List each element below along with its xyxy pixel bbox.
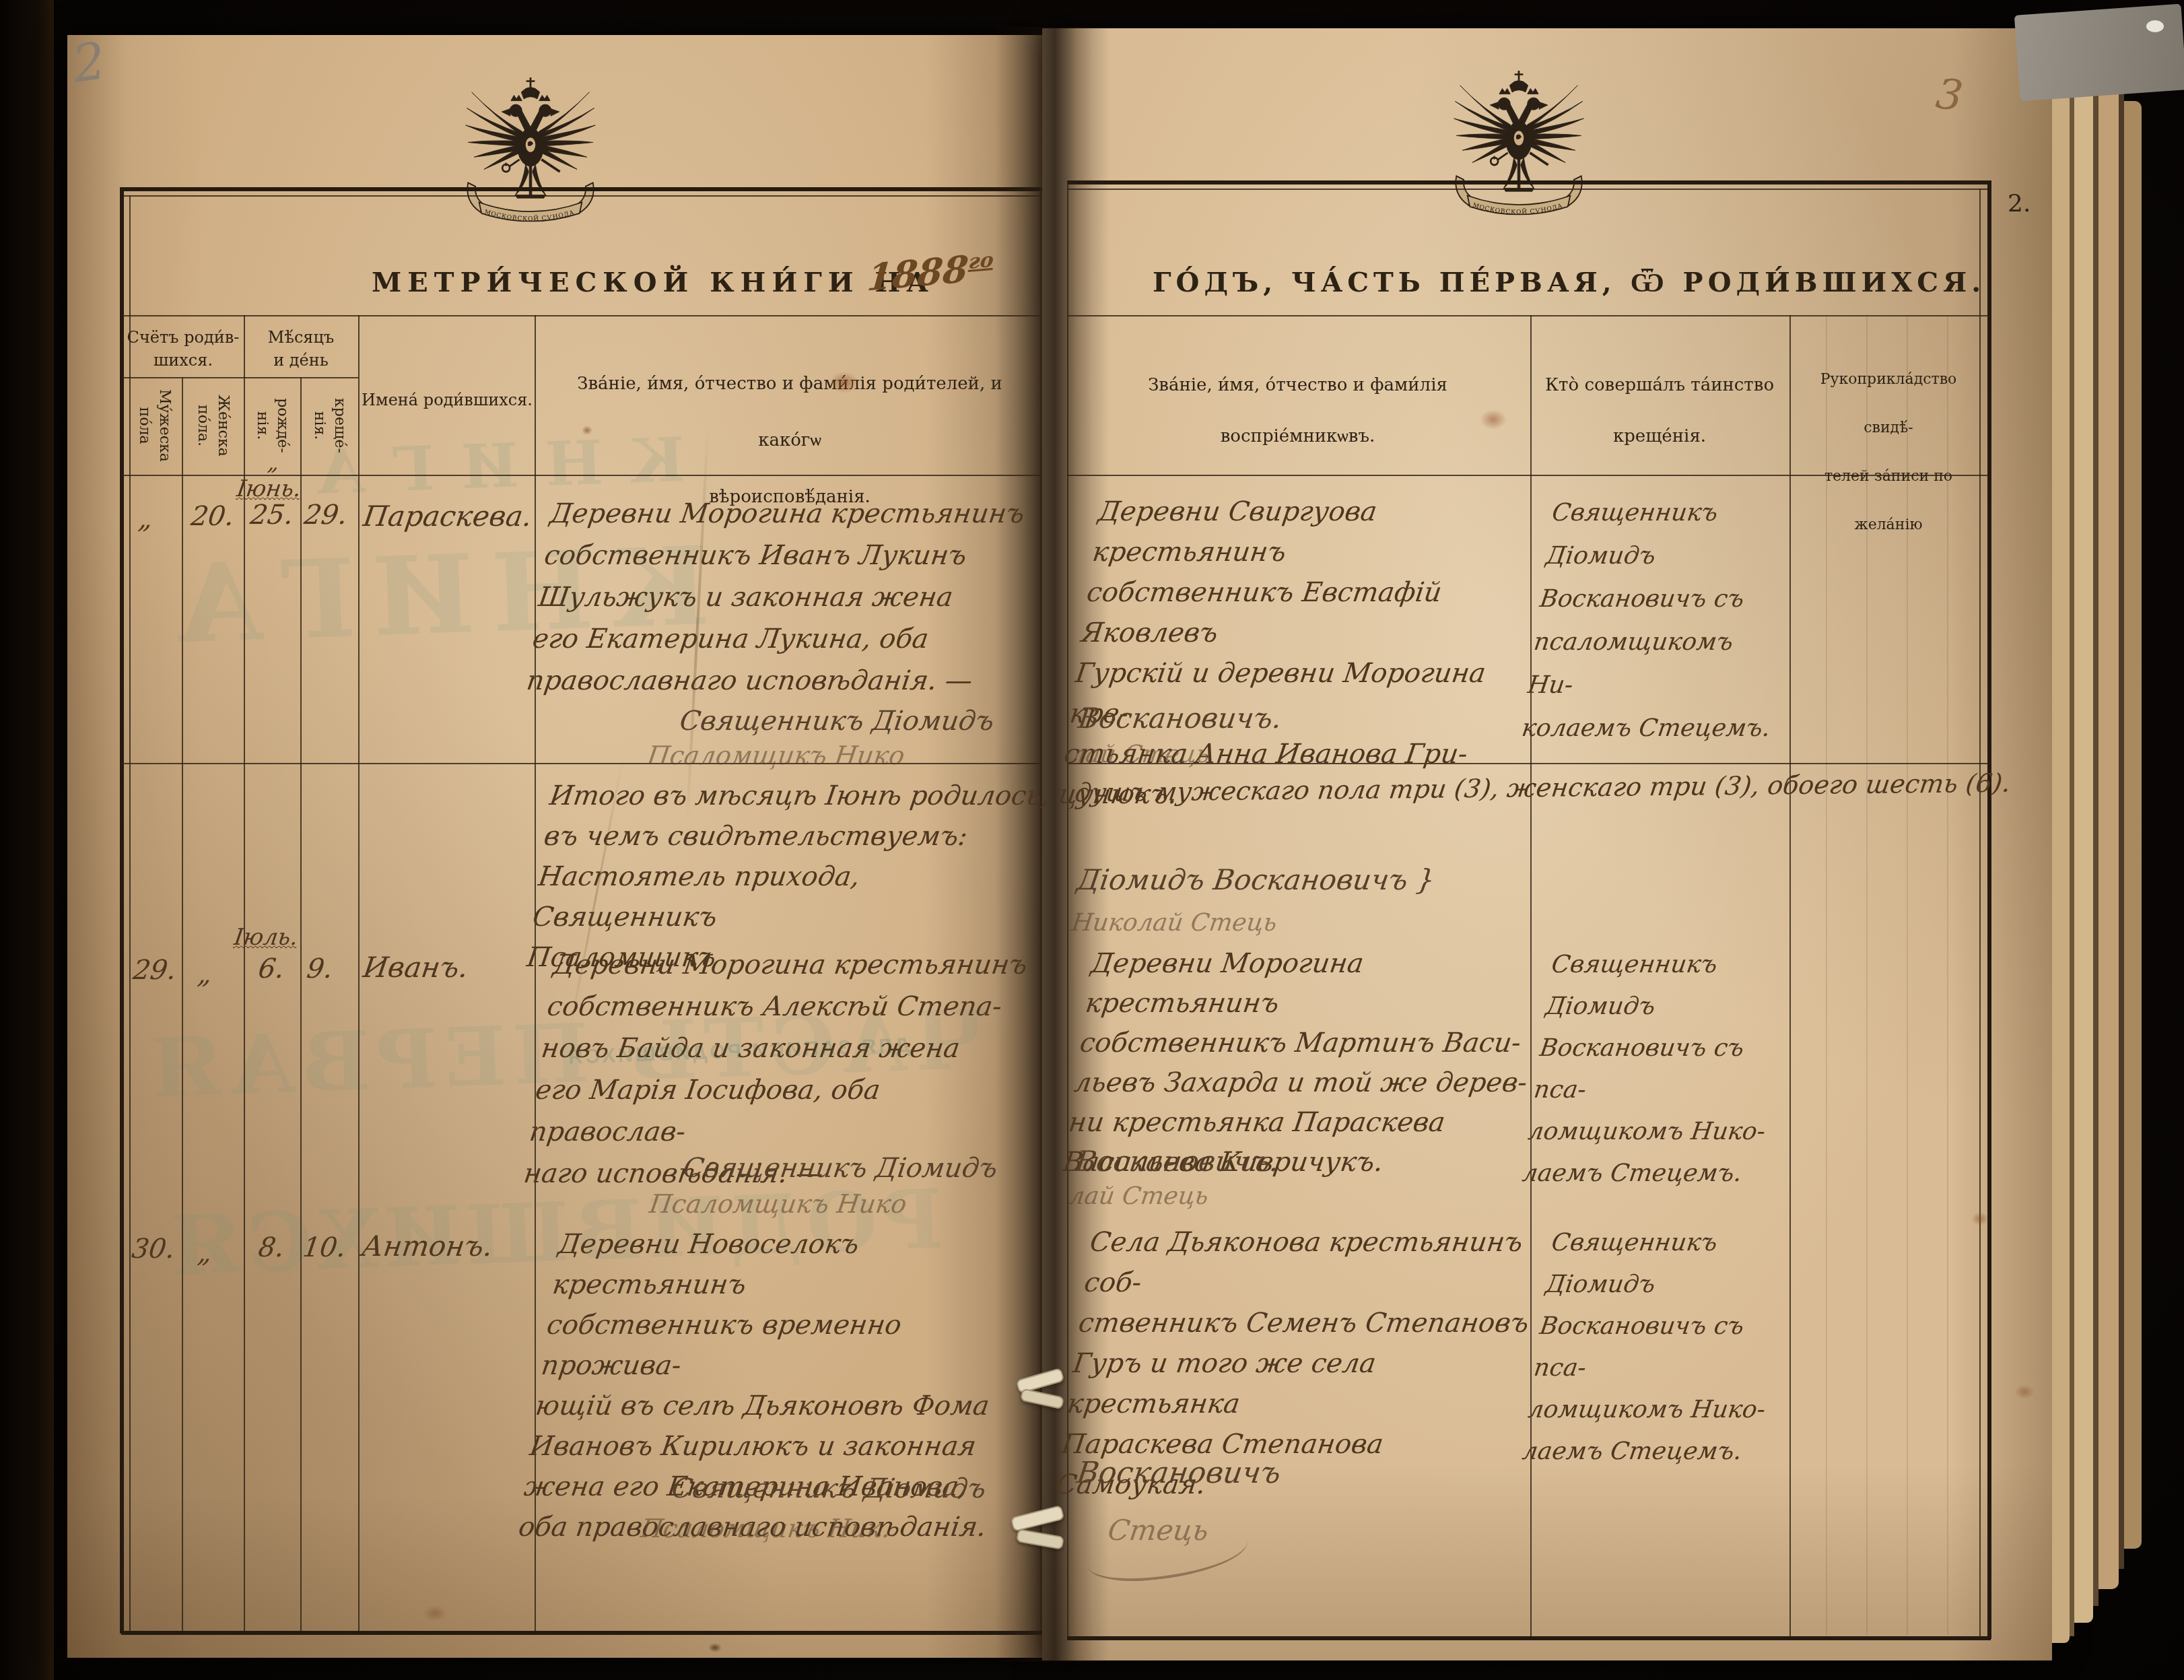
year-suffix: го [967, 248, 994, 275]
clergy-signature: Священникъ Діомидъ [681, 1153, 1000, 1184]
column-header-names: Имена́ роди́вшихся. [361, 391, 533, 409]
column-header-witnesses: Рукоприкла́дство свидѣ́- телей за́писи п… [1794, 356, 1983, 549]
printed-folio-number: 2. [2008, 190, 2031, 217]
cell-baptized: 29. [302, 500, 349, 531]
column-header-female: Же́нска по́ла. [193, 395, 233, 457]
column-header-month-group: Мѣ́сяцъ и де́нь [245, 326, 357, 372]
fore-edge-gap [2070, 47, 2074, 1636]
month-label: Іюнь. [235, 475, 303, 502]
paper-speck [2146, 20, 2164, 32]
godparent-clergy-signature: Воскановичъ. [1077, 702, 1285, 735]
fore-edge-sheet [2098, 74, 2119, 1589]
clergy-signature: Псаломщикъ Нико [648, 1189, 909, 1219]
column-header-birth: рожде́- нія. [252, 398, 292, 453]
summary-signature: Діомидъ Воскановичъ } [1075, 863, 1437, 896]
binding-thread [1010, 1503, 1084, 1564]
imperial-double-eagle-emblem [463, 73, 598, 224]
cell-born: 6. [257, 953, 287, 984]
cell-male: 30. [130, 1234, 177, 1265]
cell-performed-text: Священникъ Діомидъ Воскановичъ съ псалом… [1519, 492, 1806, 750]
column-header-performed: Кто̀ соверша́лъ та́инство креще́нія. [1535, 360, 1784, 462]
year-value: 1888 [866, 247, 970, 300]
fore-edge-gap [2119, 88, 2124, 1569]
left-page-title: МЕТРИ́ЧЕСКОЙ КНИ́ГИ НА [372, 267, 934, 298]
right-page-title: ГО́ДЪ, ЧА́СТЬ ПЕ́РВАЯ, Ѿ РОДИ́ВШИХСЯ. [1153, 267, 1985, 298]
loose-sheet-corner [2014, 4, 2184, 102]
book-cover-edge [0, 0, 54, 1680]
cell-child-name: Иванъ. [362, 951, 471, 984]
clergy-signature: Псаломщикъ Нико [646, 741, 907, 770]
cell-performed-text: Священникъ Діомидъ Воскановичъ съ пса- л… [1520, 944, 1805, 1195]
clergy-signature: Священникъ Діомидъ [678, 706, 996, 737]
column-header-godparents: Зва́ніе, и́мя, о́тчество и фами́лія восп… [1077, 360, 1518, 462]
godparent-clergy-signature: Воскановичъ [1074, 1456, 1283, 1490]
fore-edge-gap [2093, 64, 2098, 1606]
scanned-metrical-book: МОСКОВСКОЙ СѴНОДАЛЬНОЙ ТИПОГРАФІИ 2 3 2.… [0, 0, 2184, 1680]
cell-child-name: Антонъ. [360, 1230, 495, 1263]
cell-parents-text: Деревни Морогина крестьянинъ собственник… [524, 493, 1055, 702]
cell-born: 25. [248, 500, 296, 531]
column-header-baptism: креще́- нія. [309, 398, 349, 453]
cell-baptized: 10. [301, 1232, 348, 1263]
cell-born: 8. [257, 1232, 287, 1263]
cell-female: 20. [189, 501, 236, 532]
binding-thread [1014, 1367, 1081, 1421]
cell-performed-text: Священникъ Діомидъ Воскановичъ съ пса- л… [1520, 1222, 1805, 1473]
fore-edge-sheet [2052, 40, 2070, 1643]
godparent-clergy-signature: Воскановичъ. [1074, 1145, 1282, 1178]
cell-male: 29. [131, 955, 178, 986]
column-header-count-group: Счётъ роди́в- шихся. [125, 326, 241, 372]
fore-edge-sheet [2074, 54, 2093, 1623]
column-header-male: Му́жеска по́ла [134, 389, 174, 462]
page-stack-edge-left [54, 27, 69, 1663]
summary-signature: Николай Стець [1070, 909, 1278, 937]
godparent-clergy-signature: лай Стець [1067, 1182, 1210, 1210]
godparent-clergy-signature: лай Стець [1068, 741, 1211, 768]
imperial-double-eagle-emblem [1452, 66, 1586, 217]
clergy-signature: Псаломщикъ Ник. [639, 1514, 893, 1543]
clergy-signature: Священникъ Діомидъ [670, 1473, 988, 1504]
month-label: Іюль. [232, 924, 300, 951]
fore-edge-sheet [2124, 101, 2142, 1549]
cell-baptized: 9. [305, 953, 335, 984]
cell-child-name: Параскева. [362, 500, 535, 533]
